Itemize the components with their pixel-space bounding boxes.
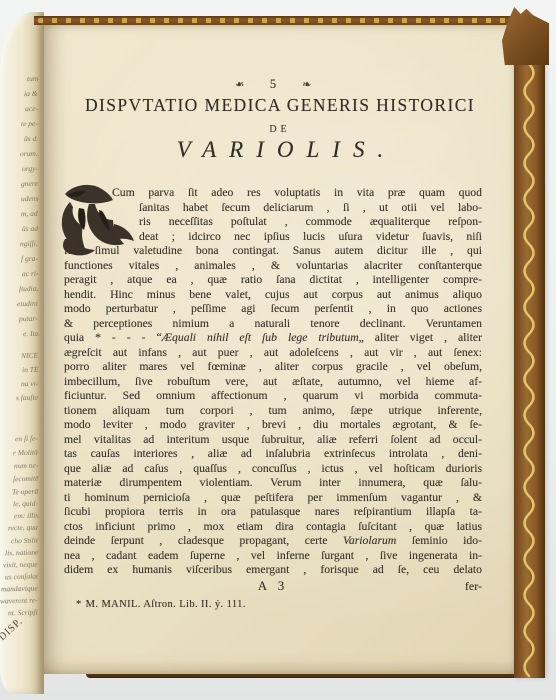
edge-text-fragment: le, quid- bbox=[13, 500, 38, 509]
edge-text-fragment: NICE bbox=[21, 352, 38, 360]
text-line: hendit. Hinc minus bene valet, cujus aut… bbox=[64, 288, 482, 303]
text-line: modo perturbatur , peſſime agi ſecum per… bbox=[64, 302, 482, 317]
page-number: 5 bbox=[270, 77, 276, 92]
text-line: quia * - - - “Æquali nihil eſt ſub lege … bbox=[64, 331, 482, 346]
text-line: & perceptiones nimium a naturali tenore … bbox=[64, 317, 482, 332]
previous-page-edge: tumia &ace-te pe-ūs d.orum.orgy-gnereude… bbox=[0, 12, 44, 694]
text-line: ris neceſſitas poſtulat , commode æquali… bbox=[139, 215, 482, 230]
text-line: frui ſimul valetudine bona contingat. Sa… bbox=[64, 244, 482, 259]
text-line: tionem aliquam tum corpori , tum animo, … bbox=[64, 404, 482, 419]
text-line: ctos inficiunt primo , mox etiam dira co… bbox=[64, 520, 482, 535]
edge-text-fragment: vixit, neque bbox=[3, 561, 38, 570]
edge-text-fragment: m, ad bbox=[21, 210, 38, 218]
text-line: nea , cadant eadem ſuperne , vel inferne… bbox=[64, 549, 482, 564]
edge-text-fragment: gnere bbox=[21, 180, 38, 188]
edge-text-fragment: us conſolat bbox=[5, 573, 38, 582]
running-head: ❧ 5 ❧ bbox=[64, 75, 482, 93]
gilt-wave-icon bbox=[514, 24, 545, 678]
edge-text-fragment: tum bbox=[27, 75, 38, 83]
text-line: peragit , atque ea , quæ ratio ſana dict… bbox=[64, 273, 482, 288]
fleuron-icon: ❧ bbox=[302, 78, 311, 91]
text-line: mel vitalitas ad interitum usque ſubruit… bbox=[64, 433, 482, 448]
edge-text-fragment: lis, natione bbox=[5, 549, 39, 558]
edge-text-fragment: waverent re- bbox=[0, 597, 38, 606]
edge-text-fragment: in TE bbox=[21, 366, 38, 374]
edge-text-fragment: ace- bbox=[25, 105, 38, 113]
edge-text-fragment: em: illis bbox=[14, 512, 39, 521]
text-line: ægreſcit aut infans , aut puer , aut ado… bbox=[64, 346, 482, 361]
text-line: modo leviter , modo graviter , brevi , d… bbox=[64, 418, 482, 433]
signature-mark: A 3 bbox=[258, 578, 288, 593]
edge-text-fragment: ſecomitē bbox=[12, 475, 38, 484]
text-line: ſicubi propiora terris in ora patulasque… bbox=[64, 505, 482, 520]
footnote-marker: * bbox=[76, 599, 82, 610]
edge-text-fragment: mandavique bbox=[1, 585, 38, 594]
edge-text-fragment: putar- bbox=[19, 315, 38, 323]
edge-text-fragment: ſtudia, bbox=[19, 285, 39, 294]
text-line: ti hominum pernicioſa , quæ peſtifera pe… bbox=[64, 491, 482, 506]
edge-text-fragment: e. Ita bbox=[22, 330, 38, 338]
edge-text-fragment: en ſi ſe- bbox=[15, 435, 38, 444]
edge-text-fragment: nt. Scripſi bbox=[8, 609, 38, 618]
edge-text-fragment: s fauſte bbox=[16, 394, 38, 403]
title-line-de: DE bbox=[44, 124, 516, 135]
edge-text-fragment: te pe- bbox=[21, 120, 38, 128]
text-line: materiæ dirumpentem violentiam. Verum in… bbox=[64, 476, 482, 491]
book-photo: tumia &ace-te pe-ūs d.orum.orgy-gnereude… bbox=[0, 0, 556, 700]
text-line: ficiuntur. Sed omnium affectionum , quar… bbox=[64, 389, 482, 404]
edge-text-fragment: cho Stilii bbox=[11, 537, 38, 546]
footnote-text: M. MANIL. Aſtron. Lib. II. ẏ. 111. bbox=[86, 599, 246, 610]
fleuron-icon: ❧ bbox=[235, 78, 244, 91]
edge-text-fragment: f gra- bbox=[21, 255, 38, 263]
edge-text-fragment: orum. bbox=[20, 150, 38, 158]
edge-text-fragment: recte, qua bbox=[8, 524, 38, 533]
edge-text-fragment: ngiſſi, bbox=[20, 240, 38, 248]
cover-top-edge bbox=[34, 16, 516, 25]
edge-text-fragment: r Molitū bbox=[13, 449, 38, 458]
edge-text-fragment: ac ri- bbox=[21, 270, 38, 278]
previous-page-catchword: DISP. bbox=[0, 616, 25, 643]
edge-text-fragment: ūs d. bbox=[24, 135, 38, 143]
edge-text-fragment: na vi- bbox=[21, 380, 39, 388]
text-line: Cum parva ſit adeo res voluptatis in vit… bbox=[112, 186, 482, 201]
body-text: Cum parva ſit adeo res voluptatis in vit… bbox=[64, 186, 482, 578]
text-line: imbecillum, ſive robuſtum vere, aut æſta… bbox=[64, 375, 482, 390]
edge-text-fragment: orgy- bbox=[22, 165, 38, 173]
text-line: tas cauſas interiores , aliæ ad inſalubr… bbox=[64, 447, 482, 462]
edge-text-fragment: udens bbox=[20, 195, 38, 203]
footnote: *M. MANIL. Aſtron. Lib. II. ẏ. 111. bbox=[76, 599, 456, 610]
text-line: deat ; idcirco nec ipſius lucis uſura vi… bbox=[139, 230, 482, 245]
text-line: que aliæ ad caſus , quaſſus , concuſſus … bbox=[64, 462, 482, 477]
book-page: ❧ 5 ❧ DISPVTATIO MEDICA GENERIS HISTORIC… bbox=[44, 25, 516, 674]
title-line-1: DISPVTATIO MEDICA GENERIS HISTORICI bbox=[44, 95, 516, 116]
catchword: fer- bbox=[465, 579, 482, 594]
title-variolis: VARIOLIS. bbox=[44, 137, 516, 163]
edge-text-fragment: etudini bbox=[17, 300, 38, 309]
edge-text-fragment: Te operā bbox=[12, 488, 38, 497]
edge-text-fragment: ia & bbox=[24, 90, 38, 98]
edge-text-fragment: ūs ad bbox=[22, 225, 38, 233]
text-line: deinde ſerpunt , cladesque propagant, ce… bbox=[64, 534, 482, 549]
text-line: porro aliter mares vel fœminæ , aliter c… bbox=[64, 360, 482, 375]
text-line: functiones vitales , animales , & volunt… bbox=[64, 259, 482, 274]
text-line: didem ex humanis viſceribus emergant , f… bbox=[64, 563, 482, 578]
signature-row: A 3 fer- bbox=[64, 578, 482, 594]
cover-fore-edge bbox=[514, 24, 545, 678]
text-line: ſanitas habet ſecum deliciarum , ſi , ut… bbox=[139, 201, 482, 216]
edge-text-fragment: num ne- bbox=[14, 462, 39, 471]
